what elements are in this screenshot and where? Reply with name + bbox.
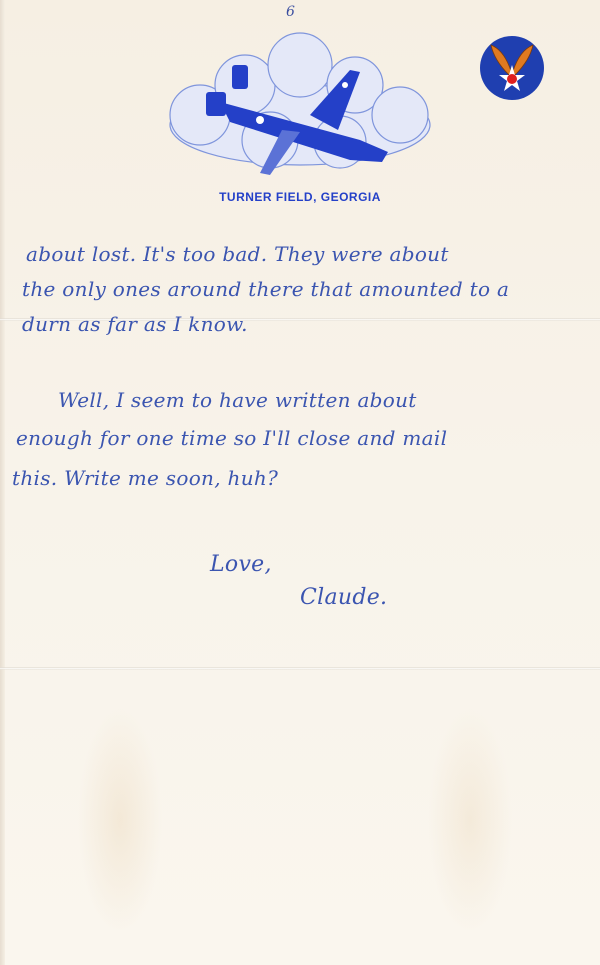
page-number: 6	[286, 4, 295, 20]
letterhead-caption: TURNER FIELD, GEORGIA	[0, 190, 600, 204]
fold-crease	[0, 667, 600, 670]
letter-line: this. Write me soon, huh?	[12, 466, 600, 490]
letter-signature: Claude.	[300, 585, 600, 610]
letter-line: about lost. It's too bad. They were abou…	[26, 242, 600, 266]
letter-line: the only ones around there that amounted…	[22, 277, 600, 301]
letter-line: Well, I seem to have written about	[58, 388, 600, 412]
bomber-plane-in-clouds-icon	[160, 30, 440, 180]
army-air-forces-insignia-icon	[479, 35, 545, 101]
letter-line: durn as far as I know.	[22, 312, 600, 336]
letter-closing: Love,	[210, 552, 600, 577]
letter-line: enough for one time so I'll close and ma…	[16, 426, 600, 450]
paper-edge	[0, 0, 5, 965]
